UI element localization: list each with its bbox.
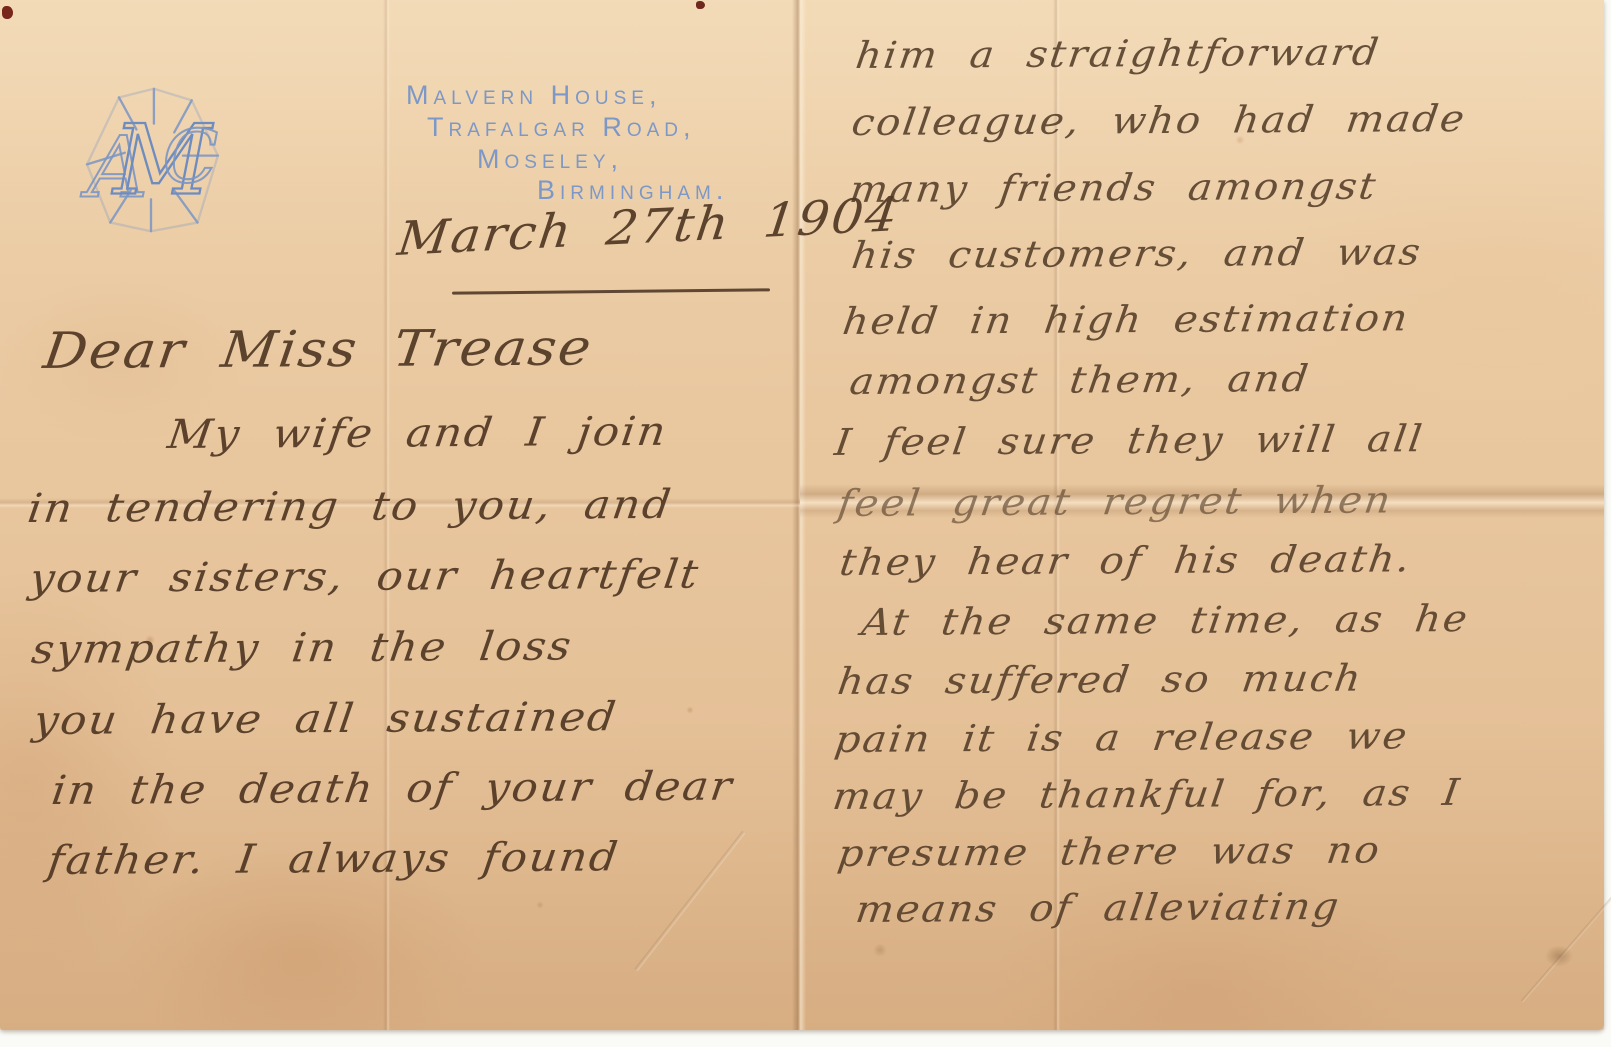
handwritten-line: has suffered so much: [835, 657, 1365, 703]
handwritten-line: in the death of your dear: [49, 764, 736, 814]
handwritten-line: in tendering to you, and: [25, 482, 675, 532]
handwritten-line: presume there was no: [835, 828, 1384, 875]
monogram-letter: C: [163, 115, 219, 200]
stain-speck: [2, 6, 13, 19]
center-fold-crease: [792, 0, 806, 1030]
handwritten-line: amongst them, and: [847, 357, 1312, 403]
handwritten-line: you have all sustained: [31, 694, 620, 744]
handwritten-line: father. I always found: [45, 834, 622, 884]
monogram-icon: A M C: [76, 80, 226, 240]
salutation: Dear Miss Trease: [40, 318, 596, 380]
handwritten-line: My wife and I join: [165, 409, 671, 458]
handwritten-line: colleague, who had made: [849, 97, 1469, 144]
handwritten-line: feel great regret when: [835, 478, 1395, 525]
handwritten-line: many friends amongst: [847, 165, 1380, 211]
date-line: March 27th 1904: [395, 187, 903, 267]
handwritten-line: his customers, and was: [849, 230, 1425, 277]
handwritten-line: I feel sure they will all: [832, 417, 1426, 464]
handwritten-line: held in high estimation: [840, 296, 1412, 343]
letter-paper: A M C Malvern House, Trafalgar Road, Mos…: [0, 0, 1604, 1030]
handwritten-line: At the same time, as he: [859, 597, 1472, 644]
stain-speck: [696, 1, 705, 9]
handwritten-line: may be thankful for, as I: [830, 771, 1464, 818]
bottom-left-diagonal-crease: [634, 831, 745, 971]
letterhead-line: Moseley,: [477, 144, 623, 175]
handwritten-line: sympathy in the loss: [29, 624, 576, 673]
handwritten-line: him a straightforward: [853, 31, 1383, 77]
handwritten-line: means of alleviating: [853, 885, 1343, 931]
letterhead-line: Malvern House,: [406, 80, 661, 111]
bottom-right-diagonal-crease: [1521, 887, 1611, 1002]
handwritten-line: they hear of his death.: [837, 537, 1414, 584]
ink-smudge: [1545, 945, 1573, 967]
handwritten-line: pain it is a release we: [832, 714, 1411, 761]
handwritten-line: your sisters, our heartfelt: [27, 552, 703, 602]
date-underline: [452, 288, 770, 294]
letterhead-line: Trafalgar Road,: [427, 112, 696, 143]
